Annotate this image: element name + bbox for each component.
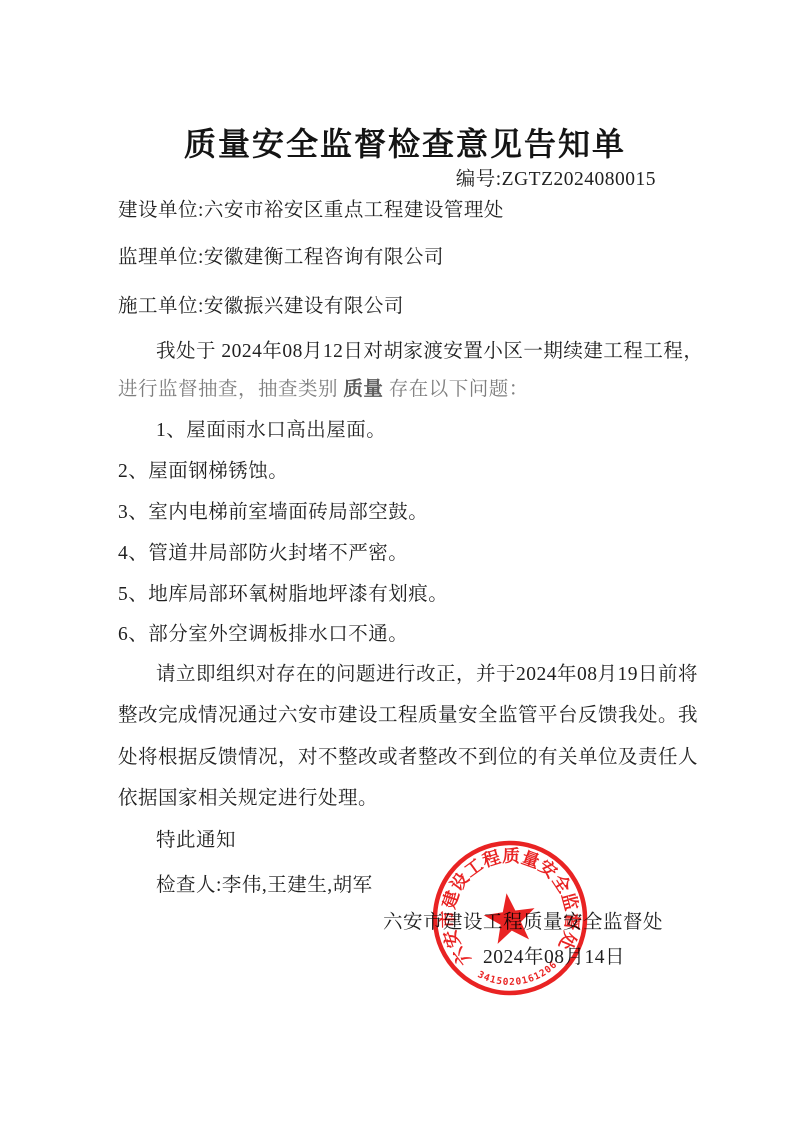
page-title: 质量安全监督检查意见告知单: [0, 119, 794, 165]
issue-item: 4、管道井局部防火封堵不严密。: [118, 543, 408, 565]
rectification-line-2: 整改完成情况通过六安市建设工程质量安全监管平台反馈我处。我: [118, 705, 698, 727]
issue-item: 1、屋面雨水口高出屋面。: [156, 420, 386, 442]
intro-line-2-suffix: 存在以下问题：: [383, 379, 528, 400]
official-seal-stamp: 六安市建设工程质量安全监督处 3415020161206: [420, 828, 601, 1009]
inspection-category: 质量: [343, 379, 383, 400]
supervision-unit-line: 监理单位:安徽建衡工程咨询有限公司: [118, 247, 444, 269]
rectification-line-1: 请立即组织对存在的问题进行改正，并于2024年08月19日前将: [156, 664, 698, 686]
intro-line-2-prefix: 进行监督抽查，抽查类别: [118, 379, 343, 400]
rectification-line-4: 依据国家相关规定进行处理。: [118, 788, 378, 810]
issue-item: 6、部分室外空调板排水口不通。: [118, 624, 408, 646]
inspectors-line: 检查人:李伟,王建生,胡军: [156, 875, 373, 897]
intro-line-2: 进行监督抽查，抽查类别 质量 存在以下问题：: [118, 379, 529, 401]
construction-unit-line: 建设单位:六安市裕安区重点工程建设管理处: [118, 200, 504, 222]
seal-star-icon: [481, 890, 539, 946]
contractor-unit-line: 施工单位:安徽振兴建设有限公司: [118, 296, 404, 318]
rectification-line-3: 处将根据反馈情况，对不整改或者整改不到位的有关单位及责任人: [118, 747, 698, 769]
issue-item: 5、地库局部环氧树脂地坪漆有划痕。: [118, 584, 448, 606]
issue-item: 3、室内电梯前室墙面砖局部空鼓。: [118, 502, 428, 524]
doc-number: 编号:ZGTZ2024080015: [456, 163, 656, 191]
issue-item: 2、屋面钢梯锈蚀。: [118, 461, 288, 483]
document-page: 质量安全监督检查意见告知单 编号:ZGTZ2024080015 建设单位:六安市…: [0, 0, 794, 1123]
intro-line-1: 我处于 2024年08月12日对胡家渡安置小区一期续建工程工程，: [156, 341, 703, 363]
notice-line: 特此通知: [156, 830, 236, 852]
